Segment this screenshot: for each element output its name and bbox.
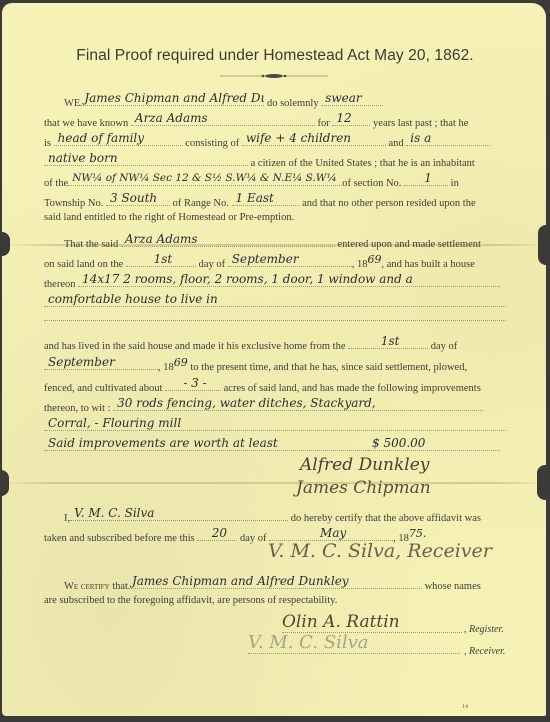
improvements-value-field: $ 500.00 — [368, 436, 500, 451]
affidavit-line-1: WEJames Chipman and Alfred Dunkley do so… — [64, 91, 506, 111]
improvements-field-1: 30 rods fencing, water ditches, Stackyar… — [113, 396, 483, 411]
receiver-signature: V. M. C. Silva — [248, 632, 460, 654]
settlement-line-11: Said improvements are worth at least$ 50… — [44, 436, 506, 456]
citizenship-field-b: native born — [44, 151, 248, 166]
improvements-field-3: Said improvements are worth at least — [44, 436, 368, 451]
affidavit-line-6: Township No. 3 South of Range No. 1 East… — [44, 191, 506, 211]
respectable-names-field: James Chipman and Alfred Dunkley — [128, 574, 422, 589]
respectability-line-2: are subscribed to the foregoing affidavi… — [44, 594, 506, 608]
certification-day-field: 20 — [197, 526, 237, 541]
settlement-line-10: Corral, - Flouring mill — [44, 416, 506, 436]
fold-crease — [0, 482, 550, 484]
affidavit-line-7: said land entitled to the right of Homes… — [44, 211, 506, 225]
affiant-signature-1: Alfred Dunkley — [300, 455, 429, 475]
officer-field: V. M. C. Silva — [70, 506, 288, 521]
witnesses-field: James Chipman and Alfred Dunkley — [80, 91, 264, 106]
settlement-line-7: September, 1869 to the present time, and… — [44, 355, 506, 375]
status-field: head of family — [54, 131, 183, 146]
respectability-line-1: We certify thatJames Chipman and Alfred … — [64, 574, 506, 594]
receiver-role-label: , Receiver. — [464, 646, 505, 657]
settlement-line-9: thereon, to wit : 30 rods fencing, water… — [44, 396, 506, 416]
lived-year-field: 69 — [174, 356, 188, 370]
range-field: 1 East — [232, 191, 300, 206]
settlement-year-field: 69 — [368, 253, 382, 267]
years-field: 12 — [332, 111, 370, 126]
settlement-line-1: That the said Arza Adams entered upon an… — [64, 232, 506, 252]
register-role-label: , Register. — [464, 624, 504, 635]
oath-field: swear — [321, 91, 383, 106]
township-field: 3 South — [106, 191, 170, 206]
family-field: wife + 4 children — [242, 131, 386, 146]
lived-day-field: 1st — [348, 334, 428, 349]
claimant-field: Arza Adams — [131, 111, 315, 126]
document-title: Final Proof required under Homestead Act… — [0, 47, 550, 65]
section-field: 1 — [404, 171, 448, 186]
acres-field: - 3 - — [165, 376, 221, 391]
register-signature: Olin A. Rattin — [282, 612, 462, 633]
paper-tear — [538, 225, 550, 265]
house-description-field-2: comfortable house to live in — [44, 292, 506, 307]
settlement-line-5 — [44, 312, 506, 326]
settlement-line-3: thereon 14x17 2 rooms, floor, 2 rooms, 1… — [44, 272, 506, 292]
corner-mark: 14 — [462, 704, 468, 710]
settlement-month-field: September — [228, 252, 352, 267]
certification-year-field: 75. — [409, 527, 427, 541]
house-description-field-1: 14x17 2 rooms, floor, 2 rooms, 1 door, 1… — [78, 272, 500, 287]
affidavit-line-5: of theNW¼ of NW¼ Sec 12 & S½ S.W¼ & N.E¼… — [44, 171, 506, 191]
settlement-line-6: and has lived in the said house and made… — [44, 334, 506, 354]
citizenship-field-a: is a — [406, 131, 490, 146]
paper-tear — [0, 232, 10, 256]
affidavit-line-4: native born a citizen of the United Stat… — [44, 151, 506, 171]
officer-signature: V. M. C. Silva, Receiver — [268, 540, 492, 562]
affiant-signature-2: James Chipman — [296, 478, 431, 498]
certification-month-field: May — [269, 526, 393, 541]
settlement-claimant-field: Arza Adams — [121, 232, 335, 247]
ornament-divider — [220, 72, 328, 80]
house-description-field-3 — [44, 320, 506, 321]
lived-month-field: September — [44, 355, 158, 370]
improvements-field-2: Corral, - Flouring mill — [44, 416, 506, 431]
certification-line-1: I,V. M. C. Silva do hereby certify that … — [64, 506, 506, 526]
paper-tear — [537, 465, 550, 500]
settlement-line-8: fenced, and cultivated about - 3 - acres… — [44, 376, 506, 396]
settlement-line-4: comfortable house to live in — [44, 292, 506, 312]
settlement-day-field: 1st — [126, 252, 196, 267]
affidavit-line-3: is head of family consisting of wife + 4… — [44, 131, 506, 151]
affidavit-line-2: that we have known Arza Adams for 12 yea… — [44, 111, 506, 131]
settlement-line-2: on said land on the 1st day of September… — [44, 252, 506, 272]
land-description-field: NW¼ of NW¼ Sec 12 & S½ S.W¼ & N.E¼ S.W¼ — [68, 171, 342, 186]
paper-tear — [0, 470, 9, 496]
